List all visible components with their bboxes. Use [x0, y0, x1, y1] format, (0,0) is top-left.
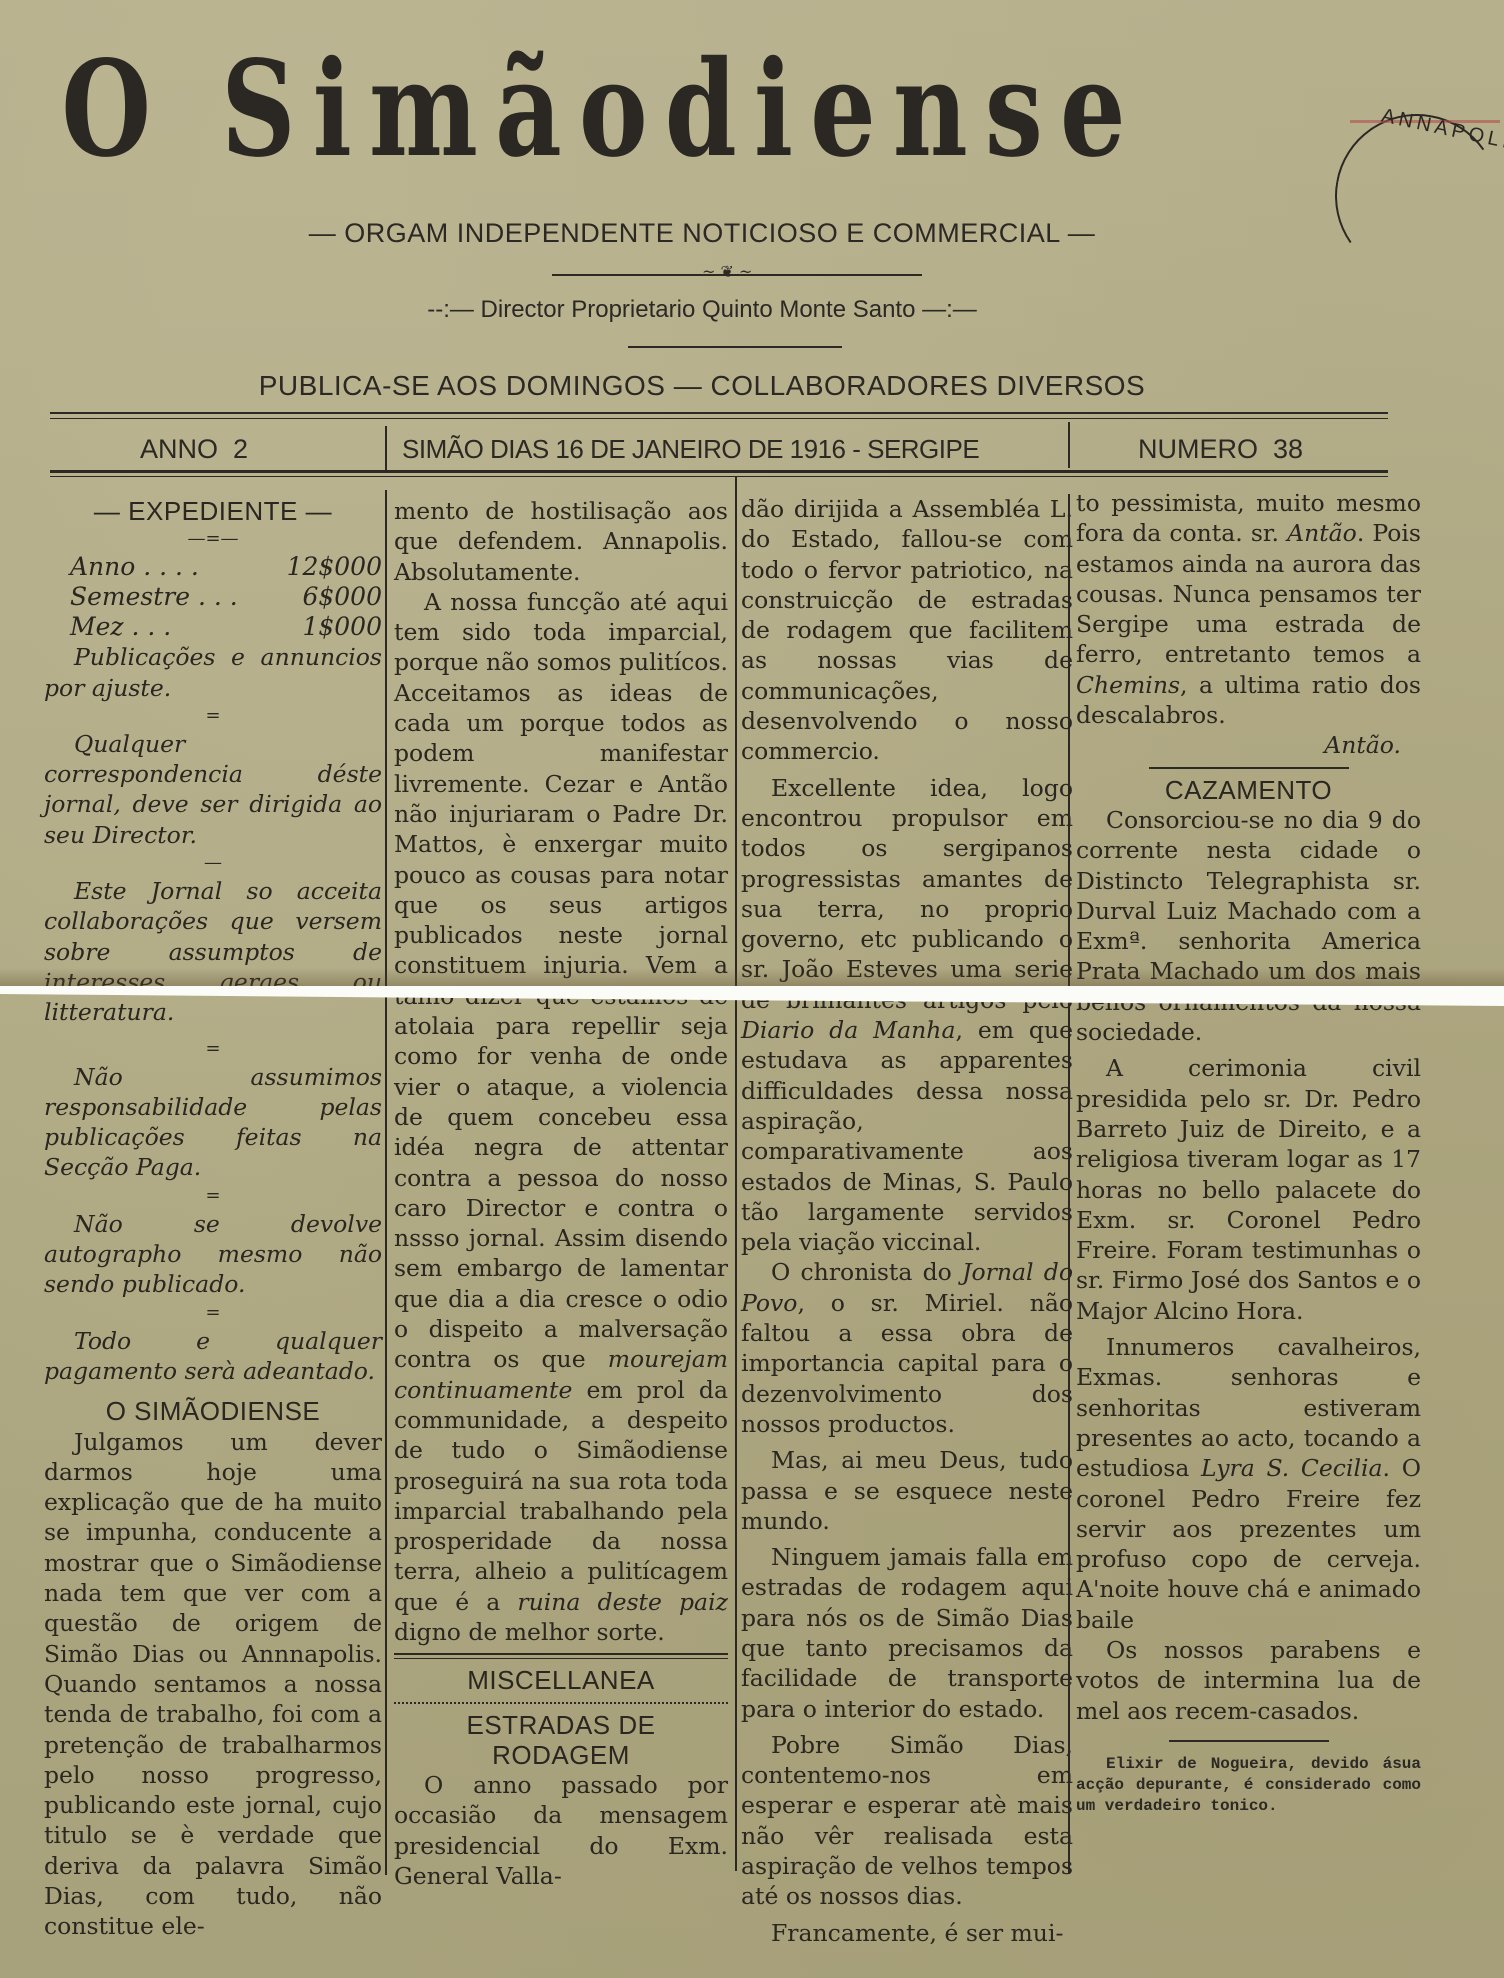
paragraph-text: em prol da communidade, a despeito de tu…	[394, 1376, 728, 1616]
column-rule	[735, 476, 737, 1871]
director-line: --:— Director Proprietario Quinto Monte …	[0, 296, 1404, 324]
article-divider	[1149, 767, 1349, 769]
italic-phrase: Antão	[1287, 519, 1357, 547]
section-divider	[394, 1653, 728, 1659]
notice-pagamento: Todo e qualquer pagamento serà adeantado…	[44, 1326, 382, 1387]
article-paragraph: Os nossos parabens e votos de intermina …	[1076, 1635, 1421, 1726]
author-signature: Antão.	[1076, 730, 1421, 760]
section-divider-dotted	[394, 1702, 728, 1704]
issue-place-date: SIMÃO DIAS 16 DE JANEIRO DE 1916 - SERGI…	[402, 434, 979, 465]
dash-divider: =	[44, 703, 382, 729]
column-2: mento de hostilisação aos que defendem. …	[394, 496, 728, 1891]
issue-bar-bottom-rule	[50, 470, 1388, 473]
subscription-prices: Anno . . . . 12$000 Semestre . . . 6$000…	[44, 552, 382, 642]
article-paragraph: O chronista do Jornal do Povo, o sr. Mir…	[741, 1257, 1073, 1439]
article-paragraph: O anno passado por occasião da mensagem …	[394, 1770, 728, 1891]
article-heading-cazamento: CAZAMENTO	[1076, 775, 1421, 805]
dash-divider: —=—	[44, 526, 382, 552]
expediente-heading: — EXPEDIENTE —	[44, 496, 382, 526]
column-rule	[385, 490, 387, 1875]
italic-phrase: Diario da Manha	[741, 1016, 955, 1044]
column-1: — EXPEDIENTE — —=— Anno . . . . 12$000 S…	[44, 496, 382, 1942]
price-label: Semestre . . .	[70, 582, 238, 612]
issue-number: NUMERO 38	[1138, 434, 1303, 465]
paragraph-text: , em que estudava as apparentes difficul…	[741, 1016, 1073, 1256]
notice-ajuste: Publicações e annuncios por ajuste.	[44, 642, 382, 703]
article-heading-simaodiense: O SIMÃODIENSE	[44, 1396, 382, 1426]
article-paragraph: dão dirijida a Assembléa L. do Estado, f…	[741, 494, 1073, 767]
article-paragraph: A nossa funcção até aqui tem sido toda i…	[394, 587, 728, 1647]
article-paragraph: Pobre Simão Dias, contentemo-nos em espe…	[741, 1730, 1073, 1912]
dash-divider: =	[44, 1183, 382, 1209]
notice-responsabilidade: Não assumimos responsabilidade pelas pub…	[44, 1062, 382, 1183]
ornament-divider-icon	[552, 274, 922, 282]
issue-bar-top-rule	[50, 412, 1388, 414]
article-continuation: mento de hostilisação aos que defendem. …	[394, 496, 728, 587]
price-row: Semestre . . . 6$000	[70, 582, 382, 612]
article-paragraph: Innumeros cavalheiros, Exmas. senhoras e…	[1076, 1332, 1421, 1635]
advertisement-elixir: Elixir de Nogueira, devido ásua acção de…	[1076, 1754, 1421, 1817]
section-heading-miscellanea: MISCELLANEA	[394, 1665, 728, 1695]
dash-divider: =	[44, 1300, 382, 1326]
article-paragraph: Ninguem jamais falla em estradas de roda…	[741, 1542, 1073, 1724]
italic-phrase: Chemins	[1076, 671, 1180, 699]
newspaper-title: O Simãodiense	[15, 40, 1188, 180]
issue-bar-bottom-rule-thin	[50, 476, 1388, 477]
article-paragraph: Francamente, é ser mui-	[741, 1918, 1073, 1948]
issue-bar-top-rule-thin	[50, 418, 1388, 419]
page-fold-shadow	[0, 968, 1504, 986]
italic-phrase: ruina deste paiz	[517, 1588, 728, 1616]
notice-correspondencia: Qualquer correspondencia déste jornal, d…	[44, 729, 382, 850]
paragraph-text: digno de melhor sorte.	[394, 1618, 665, 1646]
notice-collaboracoes: Este Jornal so acceita collaborações que…	[44, 876, 382, 1027]
price-row: Anno . . . . 12$000	[70, 552, 382, 582]
publication-line: PUBLICA-SE AOS DOMINGOS — COLLABORADORES…	[0, 370, 1404, 402]
tagline: — ORGAM INDEPENDENTE NOTICIOSO E COMMERC…	[0, 218, 1404, 249]
column-3: dão dirijida a Assembléa L. do Estado, f…	[741, 494, 1073, 1948]
issue-bar-separator	[385, 426, 387, 470]
column-4: to pessimista, muito mesmo fora da conta…	[1076, 488, 1421, 1817]
dash-divider: =	[44, 1036, 382, 1062]
ornament-divider-small-icon	[628, 346, 842, 354]
article-paragraph: Mas, ai meu Deus, tudo passa e se esquec…	[741, 1445, 1073, 1536]
article-heading-estradas: ESTRADAS DE RODAGEM	[394, 1710, 728, 1771]
article-paragraph: A cerimonia civil presidida pelo sr. Dr.…	[1076, 1053, 1421, 1326]
article-paragraph: to pessimista, muito mesmo fora da conta…	[1076, 488, 1421, 730]
dash-divider: —	[44, 850, 382, 876]
price-value: 12$000	[287, 552, 382, 582]
article-text-simaodiense: Julgamos um dever darmos hoje uma explic…	[44, 1427, 382, 1942]
issue-year: ANNO 2	[140, 434, 248, 465]
notice-autographo: Não se devolve autographo mesmo não send…	[44, 1209, 382, 1300]
italic-phrase: Lyra S. Cecilia	[1201, 1454, 1382, 1482]
price-value: 1$000	[302, 612, 382, 642]
paragraph-text: O chronista do	[771, 1258, 952, 1286]
price-label: Anno . . . .	[70, 552, 199, 582]
issue-bar-separator	[1068, 422, 1070, 468]
price-row: Mez . . . 1$000	[70, 612, 382, 642]
article-divider	[1169, 1740, 1329, 1742]
article-paragraph: Consorciou-se no dia 9 do corrente nesta…	[1076, 805, 1421, 1047]
price-label: Mez . . .	[70, 612, 171, 642]
price-value: 6$000	[302, 582, 382, 612]
article-paragraph: Excellente idea, logo encontrou propulso…	[741, 773, 1073, 1258]
